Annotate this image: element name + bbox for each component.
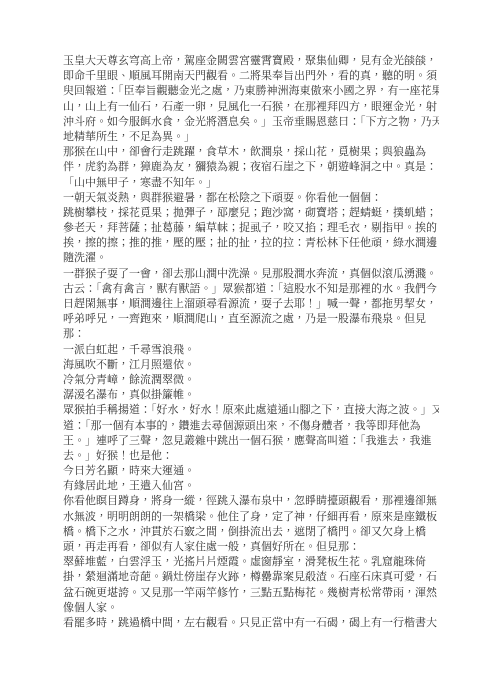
text-line: 水無波，明明朗朗的一架橋梁。他住了身，定了神，仔細再看，原來是座鐵板 xyxy=(63,510,439,525)
text-line: 一派白虹起，千尋雪浪飛。 xyxy=(63,343,439,358)
text-line: 參老天，拜菩薩；扯葛藤，編草帓；捉虱子，咬又掐；理毛衣，剔指甲。挨的 xyxy=(63,221,439,236)
text-line: 呼弟呼兄，一齊跑來，順澗爬山，直至源流之處，乃是一股瀑布飛泉。但見 xyxy=(63,312,439,327)
text-line: 像個人家。 xyxy=(63,601,439,616)
text-line: 即命千里眼、順風耳開南天門觀看。二將果奉旨出門外，看的真，聽的明。須 xyxy=(63,69,439,84)
text-line: 地精華所生，不足為異。」 xyxy=(63,130,439,145)
text-line: 盆石碗更堪誇。又見那一竿兩竿修竹，三點五點梅花。幾樹青松常帶雨，渾然 xyxy=(63,586,439,601)
text-line: 有緣居此地，王遣入仙宮。 xyxy=(63,479,439,494)
text-line: 你看他瞑目蹲身，將身一縱，徑跳入瀑布泉中，忽睜睛擡頭觀看，那裡邊卻無 xyxy=(63,494,439,509)
text-line: 隨洗濯。 xyxy=(63,251,439,266)
text-line: 眾猴拍手稱揚道：「好水，好水！原來此處遠通山腳之下，直接大海之波。」又 xyxy=(63,403,439,418)
text-line: 一群猴子耍了一會，卻去那山澗中洗澡。見那股澗水奔流，真個似滾瓜湧濺。 xyxy=(63,267,439,282)
text-line: 挨，擦的擦；推的推，壓的壓；扯的扯，拉的拉：青松林下任他頑，綠水澗邊 xyxy=(63,236,439,251)
text-line: 日趕閑無事，順澗邊往上溜頭尋看源流，耍子去耶！」喊一聲，都拖男挈女， xyxy=(63,297,439,312)
text-line: 道：「那一個有本事的，鑽進去尋個源頭出來，不傷身體者，我等即拜他為 xyxy=(63,419,439,434)
text-line: 古云：「禽有禽言，獸有獸語。」眾猴都道：「這股水不知是那裡的水。我們今 xyxy=(63,282,439,297)
text-line: 翠蘚堆藍，白雲浮玉，光搖片片煙霞。虛窗靜室，滑凳板生花。乳窟龍珠倚 xyxy=(63,555,439,570)
text-line: 沖斗府。如今服餌水食，金光將潛息矣。」玉帝垂賜恩慈曰：「下方之物，乃天 xyxy=(63,115,439,130)
text-line: 山，山上有一仙石，石產一卵，見風化一石猴，在那裡拜四方，眼運金光，射 xyxy=(63,100,439,115)
text-line: 王。」連呼了三聲，忽見叢雜中跳出一個石猴，應聲高叫道：「我進去，我進 xyxy=(63,434,439,449)
page-text: 玉皇大天尊玄穹高上帝，駕座金闕雲宮靈霄寶殿，聚集仙卿，見有金光燄燄，即命千里眼、… xyxy=(63,54,439,631)
text-line: 掛，縈迴滿地奇葩。鍋灶傍崖存火跡，樽罍靠案見殽渣。石座石床真可愛，石 xyxy=(63,570,439,585)
text-line: 跳樹攀枝，採花覓果；拋彈子，邷麼兒；跑沙窩，砌寶塔；趕蜻蜓，撲虮蜡； xyxy=(63,206,439,221)
text-line: 那： xyxy=(63,327,439,342)
text-line: 那猴在山中，卻會行走跳躍，食草木，飲澗泉，採山花，覓樹果；與狼蟲為 xyxy=(63,145,439,160)
text-line: 看罷多時，跳過橋中間，左右觀看。只見正當中有一石碣，碣上有一行楷書大 xyxy=(63,616,439,631)
text-line: 玉皇大天尊玄穹高上帝，駕座金闕雲宮靈霄寶殿，聚集仙卿，見有金光燄燄， xyxy=(63,54,439,69)
text-line: 臾回報道：「臣奉旨觀聽金光之處，乃東勝神洲海東傲來小國之界，有一座花果 xyxy=(63,84,439,99)
text-line: 潺湲名瀑布，真似掛簾帷。 xyxy=(63,388,439,403)
document-page: 玉皇大天尊玄穹高上帝，駕座金闕雲宮靈霄寶殿，聚集仙卿，見有金光燄燄，即命千里眼、… xyxy=(0,0,494,700)
text-line: 去。」好猴！也是他： xyxy=(63,449,439,464)
text-line: 橋。橋下之水，沖貫於石竅之間，倒掛流出去，遮閉了橋門。卻又欠身上橋 xyxy=(63,525,439,540)
text-line: 一朝天氣炎熱，與群猴避暑，都在松陰之下頑耍。你看他一個個： xyxy=(63,191,439,206)
text-line: 海風吹不斷，江月照還依。 xyxy=(63,358,439,373)
text-line: 伴，虎豹為群，獐鹿為友，獼猿為親；夜宿石崖之下，朝遊峰洞之中。真是： xyxy=(63,160,439,175)
text-line: 「山中無甲子，寒盡不知年。」 xyxy=(63,176,439,191)
text-line: 頭，再走再看，卻似有人家住處一般，真個好所在。但見那： xyxy=(63,540,439,555)
text-line: 今日芳名顯，時來大運通。 xyxy=(63,464,439,479)
text-line: 冷氣分青嶂，餘流潤翠微。 xyxy=(63,373,439,388)
